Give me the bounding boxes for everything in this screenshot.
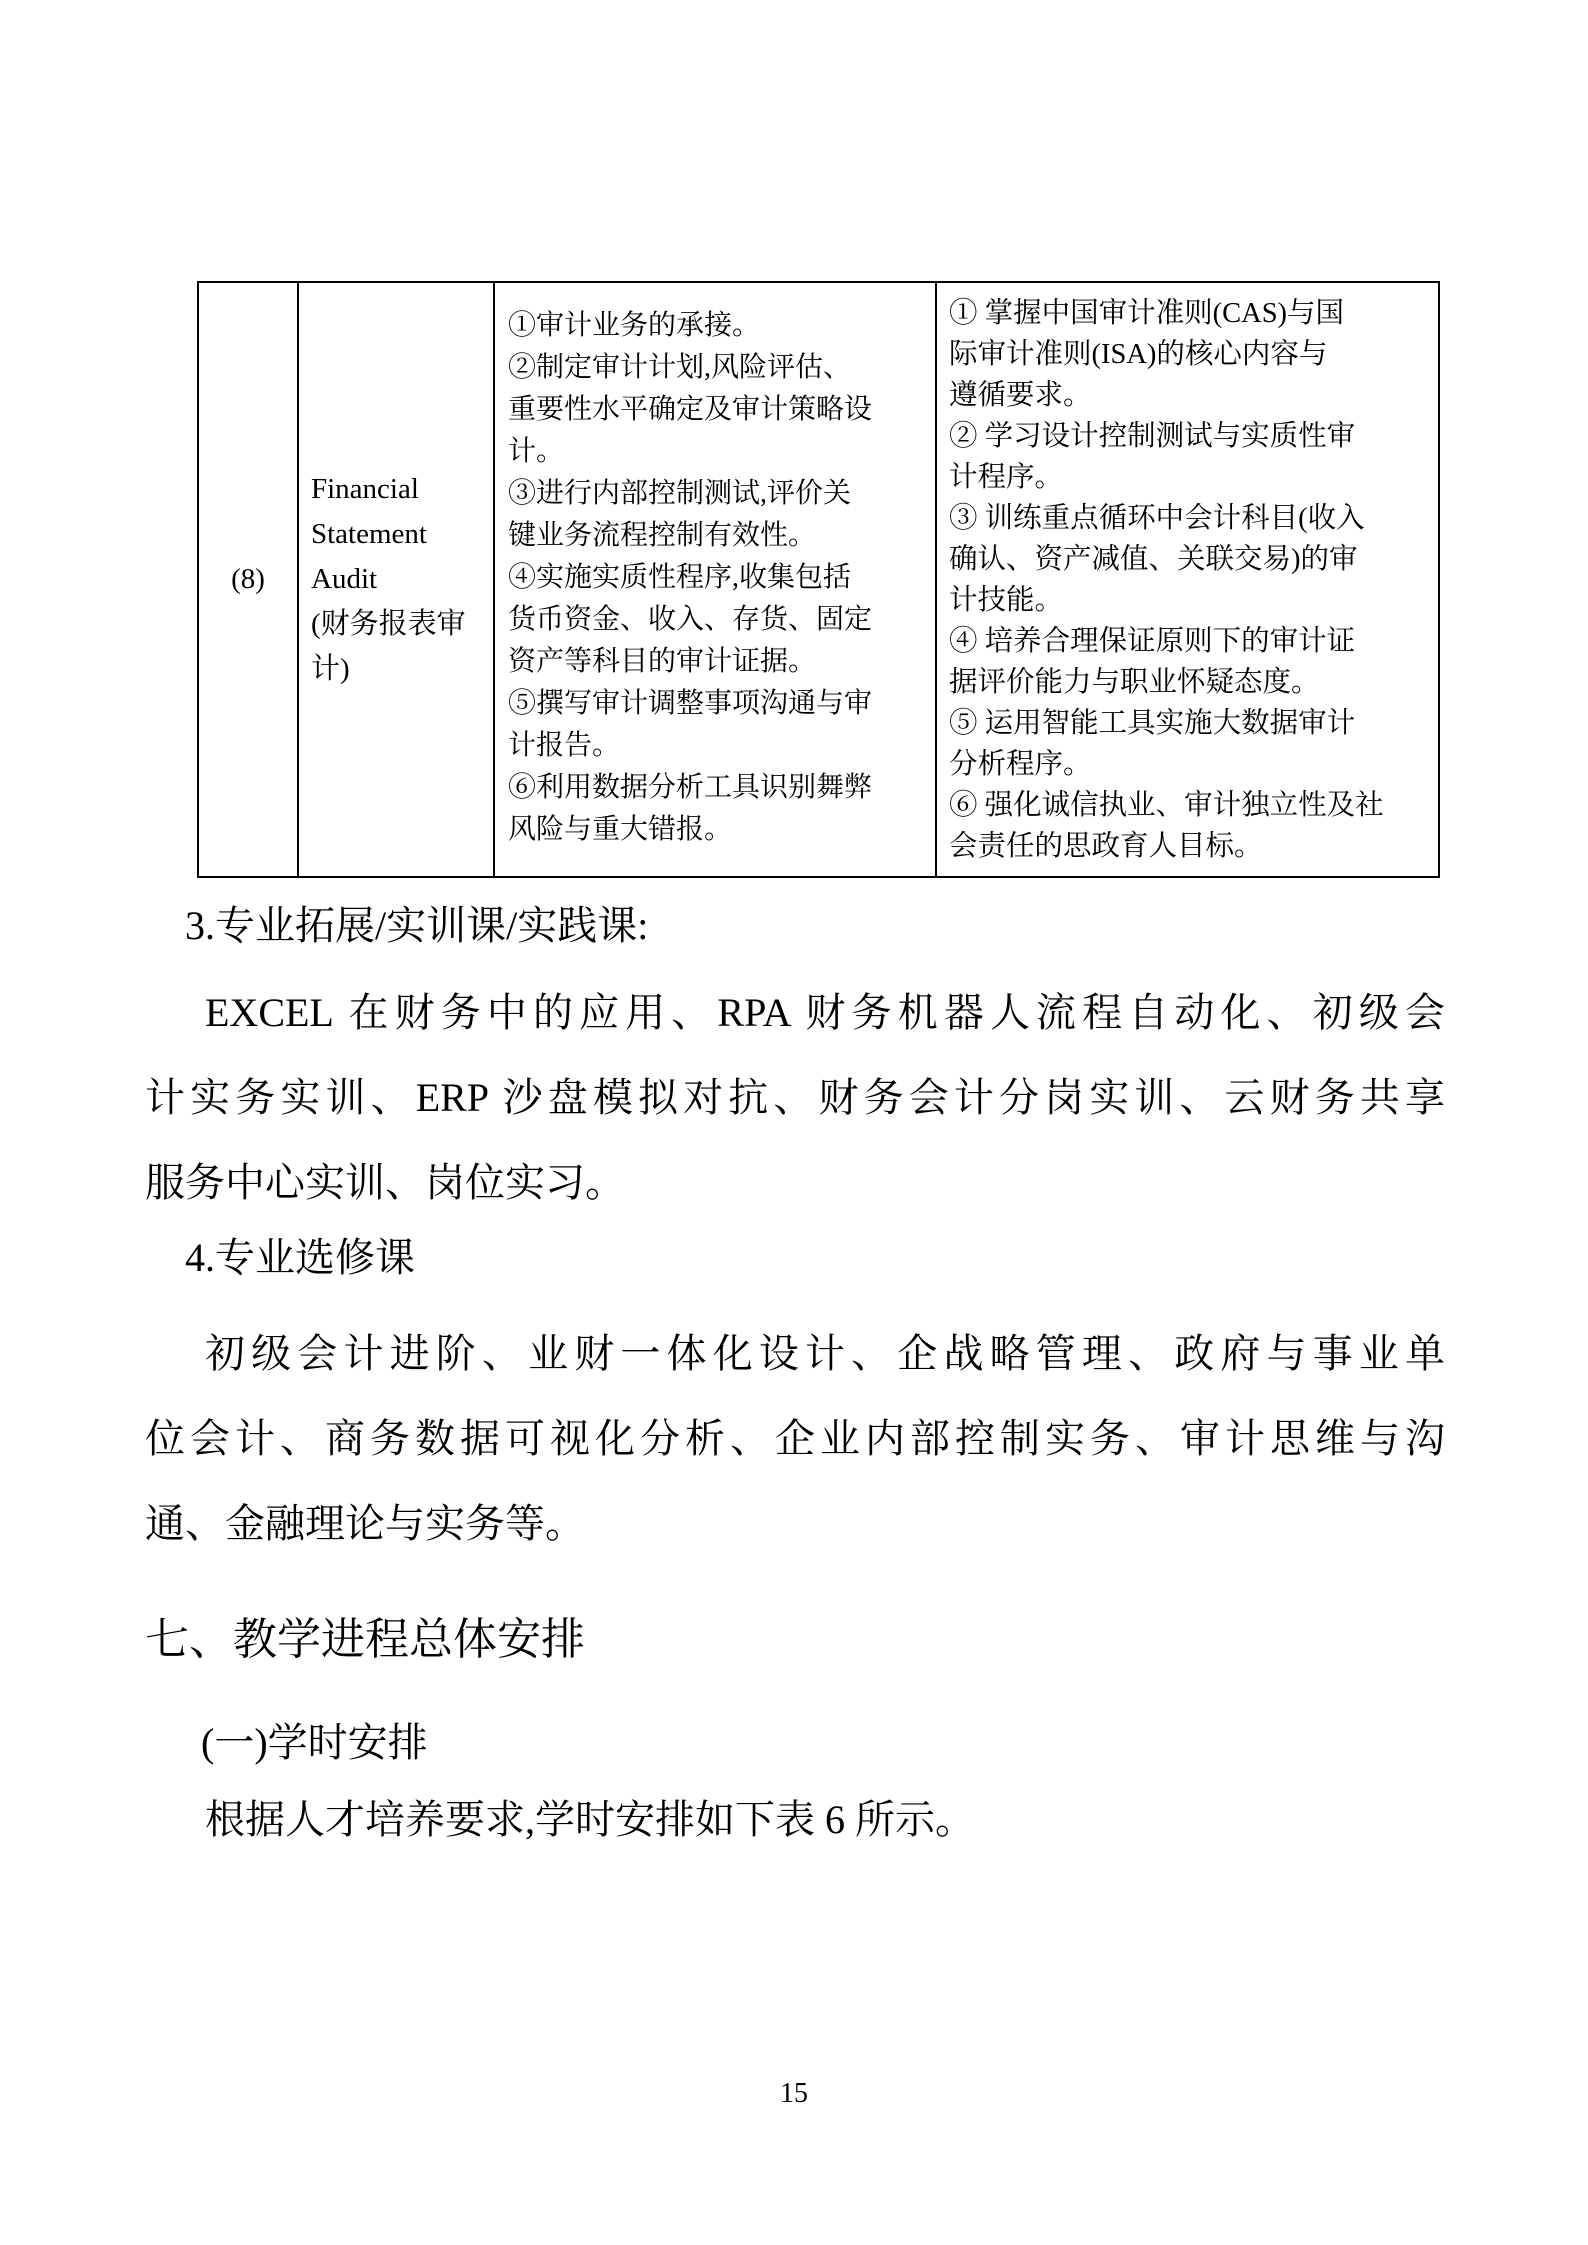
paragraph-line: 通、金融理论与实务等。 [145,1481,1445,1566]
objective-item: ④ 培养合理保证原则下的审计证 据评价能力与职业怀疑态度。 [949,621,1430,703]
table-cell-course-name: Financial Statement Audit (财务报表审计) [297,283,493,876]
course-name-en: Financial Statement Audit [311,467,485,602]
task-item: ⑥利用数据分析工具识别舞弊 风险与重大错报。 [508,767,925,851]
objective-item: ③ 训练重点循环中会计科目(收入 确认、资产减值、关联交易)的审 计技能。 [949,498,1430,621]
table-cell-objectives: ① 掌握中国审计准则(CAS)与国 际审计准则(ISA)的核心内容与 遵循要求。… [935,283,1438,876]
task-item: ②制定审计计划,风险评估、 重要性水平确定及审计策略设 计。 [508,347,925,473]
objective-item: ⑥ 强化诚信执业、审计独立性及社 会责任的思政育人目标。 [949,785,1430,867]
paragraph-line: 服务中心实训、岗位实习。 [145,1140,1445,1225]
chapter-sub-heading: (一)学时安排 [145,1713,1445,1773]
section-heading-expansion: 3.专业拓展/实训课/实践课: [145,897,1445,955]
objective-item: ① 掌握中国审计准则(CAS)与国 际审计准则(ISA)的核心内容与 遵循要求。 [949,293,1430,416]
objective-item: ② 学习设计控制测试与实质性审 计程序。 [949,416,1430,498]
course-table: (8) Financial Statement Audit (财务报表审计) ①… [197,281,1440,878]
paragraph-expansion-courses: EXCEL 在财务中的应用、RPA 财务机器人流程自动化、初级会计实务实训、ER… [145,970,1445,1225]
chapter-intro-text: 根据人才培养要求,学时安排如下表 6 所示。 [145,1784,1445,1856]
table-cell-index: (8) [199,283,297,876]
paragraph-line: 计实务实训、ERP 沙盘模拟对抗、财务会计分岗实训、云财务共享 [145,1055,1445,1140]
objective-item: ⑤ 运用智能工具实施大数据审计 分析程序。 [949,703,1430,785]
task-item: ⑤撰写审计调整事项沟通与审 计报告。 [508,683,925,767]
paragraph-line: 位会计、商务数据可视化分析、企业内部控制实务、审计思维与沟 [145,1396,1445,1481]
paragraph-line: EXCEL 在财务中的应用、RPA 财务机器人流程自动化、初级会 [145,970,1445,1055]
course-name-zh: (财务报表审计) [311,602,485,692]
table-cell-tasks: ①审计业务的承接。②制定审计计划,风险评估、 重要性水平确定及审计策略设 计。③… [493,283,935,876]
paragraph-elective-courses: 初级会计进阶、业财一体化设计、企战略管理、政府与事业单位会计、商务数据可视化分析… [145,1311,1445,1566]
document-page: (8) Financial Statement Audit (财务报表审计) ①… [0,0,1588,2245]
task-item: ③进行内部控制测试,评价关 键业务流程控制有效性。 [508,473,925,557]
section-heading-elective: 4.专业选修课 [145,1229,1445,1287]
task-item: ④实施实质性程序,收集包括 货币资金、收入、存货、固定 资产等科目的审计证据。 [508,557,925,683]
paragraph-line: 初级会计进阶、业财一体化设计、企战略管理、政府与事业单 [145,1311,1445,1396]
task-item: ①审计业务的承接。 [508,305,925,347]
page-number: 15 [0,2078,1588,2110]
chapter-heading: 七、教学进程总体安排 [145,1605,1445,1675]
